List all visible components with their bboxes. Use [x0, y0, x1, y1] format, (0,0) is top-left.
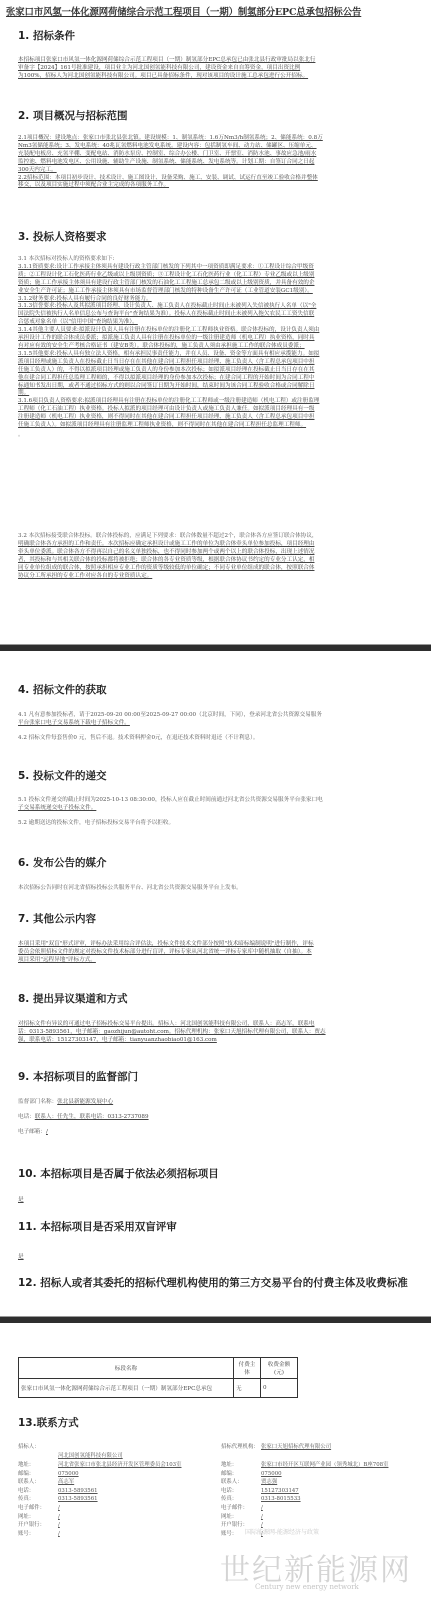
- text-line: 派项目经理或施工负责人在投标截止日当日存在在其他在建合同工程担任项目经理、施工负…: [18, 359, 418, 367]
- contact-row: 开户银行：/: [18, 1521, 218, 1530]
- section-3-body: 3.1 本次招标对投标人的资格要求如下: 3.1.1资质要求:设计工作承接主体须…: [18, 256, 418, 440]
- contact-row: 联系人：高志军: [18, 1478, 218, 1487]
- field-label: 电话：: [18, 1114, 35, 1120]
- field-label: 招标人：: [18, 1443, 58, 1461]
- field-value: /: [58, 1513, 60, 1522]
- field-label: 网址：: [221, 1513, 261, 1522]
- contact-row: 地址：河北省张家口市张北县经济开发区管理委员会103室: [18, 1461, 218, 1470]
- section-10-heading: 10. 本招标项目是否属于依法必须招标项目: [18, 1166, 219, 1181]
- watermark-top-text: 国际能源网-能源经济与政策: [245, 1527, 319, 1536]
- answer-value: 是: [18, 1254, 24, 1260]
- table-row: 张家口市风氢一体化源网荷储综合示范工程项目（一期）制氢部分EPC总承包 无 0: [19, 1379, 298, 1398]
- contact-row: 传真：0313-8015533: [221, 1495, 421, 1504]
- page-divider: [0, 644, 431, 651]
- field-label: 开户银行：: [18, 1521, 58, 1530]
- field-label: 监督部门名称：: [18, 1099, 57, 1105]
- tenderer-contact-block: 招标人：河北国创氢能科技有限公司 地址：河北省张家口市张北县经济开发区管理委员会…: [18, 1443, 218, 1538]
- text-line: 合惩戒对象名单（以"信用中国"查询结果为准）。: [18, 319, 418, 327]
- text-line: 强，联系电话：15127303147，电子邮箱：tianyuanzhaobiao…: [18, 1037, 418, 1045]
- field-value: 联系人：任先生，联系电话：0313-2737089: [35, 1114, 149, 1120]
- field-label: 邮编：: [18, 1470, 58, 1479]
- field-value: /: [58, 1521, 60, 1530]
- column-header: 收费金额(元): [261, 1358, 298, 1379]
- field-label: 地址：: [18, 1461, 58, 1470]
- contact-row: 地址：张家口市经开区互联网产业园（领秀城北）B座708室: [221, 1461, 421, 1470]
- agency-contact-block: 招标代理机构：张家口天旭招标代理有限公司 地址：张家口市经开区互联网产业园（领秀…: [221, 1443, 421, 1538]
- field-label: 传真：: [18, 1495, 58, 1504]
- page-divider: [0, 1316, 431, 1323]
- contact-row: 邮编：075000: [221, 1470, 421, 1479]
- page-title: 张家口市风氢一体化源网荷储综合示范工程项目（一期）制氢部分EPC总承包招标公告: [6, 4, 361, 18]
- section-11-heading: 11. 本招标项目是否采用双盲评审: [18, 1219, 177, 1234]
- section-1-heading: 1. 招标条件: [18, 28, 75, 43]
- contact-row: 邮编：075000: [18, 1470, 218, 1479]
- text-line: 同专业单位组成的联合体，按照承担相应专业工作的资质等级较低的单位确定；不同专业单…: [18, 565, 418, 573]
- field-label: 地址：: [221, 1461, 261, 1470]
- field-label: 电子邮箱：: [18, 1129, 46, 1135]
- section-10-answer: 是: [18, 1197, 418, 1205]
- section-9-body: 监督部门名称：张北县新能源发展中心 电话：联系人：任先生，联系电话：0313-2…: [18, 1099, 418, 1137]
- field-label: 电子邮件：: [221, 1504, 261, 1513]
- text-line: 注册建造师（机电工程）执业资格，则不得同时在其他在建合同工程担任项目经理、施工负…: [18, 414, 418, 422]
- field-value: /: [261, 1504, 263, 1513]
- text-line: 监控池、燃料电池发电区、公用设施、辅助生产设施、制氢系统、储能系统、发电系统等。…: [18, 159, 418, 167]
- text-line: 他在建合同工程担任总监理工程师的，不得以拟派项目经理的身份参加本次投标；在建合同…: [18, 375, 418, 383]
- field-label: 网址：: [18, 1513, 58, 1522]
- contact-row: 网址：/: [221, 1513, 421, 1522]
- field-value: 高志军: [58, 1478, 74, 1487]
- section-6-body: 本次招标公告同时在河北省招标投标公共服务平台、河北省公共资源交易服务平台上发布。: [18, 885, 418, 893]
- field-value: /: [261, 1513, 263, 1522]
- section-7-body: 本项目采用"双盲"形式评审，评标办法采用综合评估法，投标文件技术文件部分按照"技…: [18, 941, 418, 965]
- supervisor-phone-row: 电话：联系人：任先生，联系电话：0313-2737089: [18, 1114, 418, 1122]
- text-line: 有对应有效的安全生产考核合格证书（建安B类）。联合体投标的，施工负责人须由承担施…: [18, 343, 418, 351]
- text-line: 2.1项目概况：建设地点：张家口市张北县张北镇。建设规模：1、制氢系统：1.6万…: [18, 135, 418, 143]
- section-2-heading: 2. 项目概况与招标范围: [18, 108, 127, 123]
- text-line: 300天内完工。: [18, 167, 418, 175]
- field-label: 邮编：: [221, 1470, 261, 1479]
- text-line: Nm3氢储能系统；3、发电系统：40兆瓦氢燃料电池发电系统。建设内容：包括制氢车…: [18, 143, 418, 151]
- section-5-body: 5.1 投标文件递交的截止时间为2025-10-13 08:30:00，投标人应…: [18, 797, 418, 828]
- field-value: 0313-5893561: [58, 1495, 98, 1504]
- text-line: 5.2 逾期送达的投标文件，电子招标投标交易平台将予以拒收。: [18, 820, 418, 828]
- text-line: 。: [18, 432, 418, 440]
- contact-row: 电子邮件：/: [221, 1504, 421, 1513]
- section-1-body: 本招标项目张家口市风氢一体化源网荷储综合示范工程项目（一期）制氢部分EPC总承包…: [18, 57, 418, 81]
- answer-value: 是: [18, 1197, 24, 1203]
- contact-row: 网址：/: [18, 1513, 218, 1522]
- table-cell: 0: [261, 1379, 298, 1398]
- section-6-heading: 6. 发布公告的媒介: [18, 855, 106, 870]
- text-line: 3.1.4其他主要人员要求:拟派设计负责人具有注册在投标单位的注册化工工程师执业…: [18, 327, 418, 335]
- text-line: 任施工负责人）。如拟派项目经理具有注册监理工程师执业资格，则不得同时在其他在建合…: [18, 422, 418, 430]
- contact-row: 电话：0313-5893561: [18, 1487, 218, 1496]
- section-2-body: 2.1项目概况：建设地点：张家口市张北县张北镇。建设规模：1、制氢系统：1.6万…: [18, 135, 418, 190]
- table-header-row: 标段名称 付费主体 收费金额(元): [19, 1358, 298, 1379]
- text-line: 充装配电板房、充氢平棚、变配电站、消防水泵房、控制室、综合办公楼、门卫室、开票室…: [18, 151, 418, 159]
- text-line: 4.2 招标文件每套售价0 元，售后不退。技术资料押金0元，在退还技术资料时退还…: [18, 735, 418, 743]
- text-line: 标通知书发出日期，或者不通过招标方式的则以合同签订日期为开始时间，结束时间为该合…: [18, 383, 418, 391]
- text-line: 项目采用"远程异地"评标方式。: [18, 957, 418, 965]
- text-line: 子交易系统递交电子投标文件。: [18, 805, 418, 813]
- field-value: 贾志强: [261, 1478, 277, 1487]
- field-value: 15127303147: [261, 1487, 299, 1496]
- contact-row: 传真：0313-5893561: [18, 1495, 218, 1504]
- section-7-heading: 7. 其他公示内容: [18, 911, 96, 926]
- field-value: /: [58, 1530, 60, 1539]
- section-11-answer: 是: [18, 1254, 418, 1262]
- watermark-subtitle: Century new energy network: [255, 1583, 359, 1591]
- field-value: 张北县新能源发展中心: [57, 1099, 113, 1105]
- section-8-body: 对招标文件有异议的可通过电子招标投标交易平台提出。招标人：河北国创氢能科技有限公…: [18, 1021, 418, 1045]
- field-value: 075000: [58, 1470, 79, 1479]
- field-value: 河北省张家口市张北县经济开发区管理委员会103室: [58, 1461, 213, 1470]
- text-line: 明确联合体各方承担的工作和责任。本次招标应确定承担设计或施工工作的单位为联合体牵…: [18, 541, 418, 549]
- text-line: 协议分工所承担的专业工作对应各自的专业资质认定。: [18, 573, 418, 581]
- section-4-body: 4.1 凡有意参加投标者，请于2025-09-20 00:00至2025-09-…: [18, 712, 418, 743]
- field-label: 电话：: [221, 1487, 261, 1496]
- text-line: 对招标文件有异议的可通过电子招标投标交易平台提出。招标人：河北国创氢能科技有限公…: [18, 1021, 418, 1029]
- text-line: 牵头单位委派。联合体各方不得再以自己的名义单独投标，也不得同时参加两个或两个以上…: [18, 549, 418, 557]
- table-cell: 无: [234, 1379, 261, 1398]
- section-13-heading: 13.联系方式: [18, 1415, 79, 1430]
- field-label: 传真：: [221, 1495, 261, 1504]
- field-value: 河北国创氢能科技有限公司: [58, 1452, 123, 1461]
- column-header: 标段名称: [19, 1358, 234, 1379]
- section-3-heading: 3. 投标人资格要求: [18, 229, 106, 244]
- text-line: 移交，以及项目实施过程中须配合业主完成的各项服务工作。: [18, 182, 418, 190]
- supervisor-name-row: 监督部门名称：张北县新能源发展中心: [18, 1099, 418, 1107]
- field-value: 张家口市经开区互联网产业园（领秀城北）B座708室: [261, 1461, 416, 1470]
- contact-row: 账号：/: [18, 1530, 218, 1539]
- field-label: 联系人：: [18, 1478, 58, 1487]
- text-line: 本招标项目张家口市风氢一体化源网荷储综合示范工程项目（一期）制氢部分EPC总承包…: [18, 57, 418, 65]
- section-12-heading: 12. 招标人或者其委托的招标代理机构使用的第三方交易平台的付费主体及收费标准: [18, 1275, 408, 1290]
- section-9-heading: 9. 本招标项目的监督部门: [18, 1069, 138, 1084]
- fee-table: 标段名称 付费主体 收费金额(元) 张家口市风氢一体化源网荷储综合示范工程项目（…: [18, 1357, 298, 1398]
- section-4-heading: 4. 招标文件的获取: [18, 682, 106, 697]
- supervisor-email-row: 电子邮箱：/: [18, 1129, 418, 1137]
- text-line: 任施工负责人）的，不得以拟派项目经理或施工负责人的身份参加本次投标；如拟派项目经…: [18, 367, 418, 375]
- text-line: 本次招标公告同时在河北省招标投标公共服务平台、河北省公共资源交易服务平台上发布。: [18, 885, 418, 893]
- table-cell: 张家口市风氢一体化源网荷储综合示范工程项目（一期）制氢部分EPC总承包: [19, 1379, 234, 1398]
- text-line: 资质；施工工作承接主体须具有建设行政主管部门核发的石油化工工程施工总承包二级或以…: [18, 280, 418, 288]
- field-label: 账号：: [18, 1530, 58, 1539]
- text-line: 工程师（化工石油工程）执业资格。投标人拟派的项目经理可由设计负责人或施工负责人兼…: [18, 406, 418, 414]
- text-line: 5.1 投标文件递交的截止时间为2025-10-13 08:30:00，投标人应…: [18, 797, 418, 805]
- contact-row: 招标人：河北国创氢能科技有限公司: [18, 1443, 218, 1461]
- field-label: 电话：: [18, 1487, 58, 1496]
- text-line: 3.1.1资质要求:设计工作承接主体须具有建设行政主管部门核发的下列其中一项资质…: [18, 264, 418, 272]
- field-label: 电子邮件：: [18, 1504, 58, 1513]
- field-value: 075000: [261, 1470, 282, 1479]
- column-header: 付费主体: [234, 1358, 261, 1379]
- text-line: 本项目采用"双盲"形式评审，评标办法采用综合评估法，投标文件技术文件部分按照"技…: [18, 941, 418, 949]
- text-line: 4.1 凡有意参加投标者，请于2025-09-20 00:00至2025-09-…: [18, 712, 418, 720]
- section-8-heading: 8. 提出异议渠道和方式: [18, 991, 127, 1006]
- text-line: 者，其投标和与其相关联合体的投标都将被拒绝；联合体的各专业资质等级，根据联合体协…: [18, 557, 418, 565]
- section-5-heading: 5. 投标文件的递交: [18, 768, 106, 783]
- field-value: /: [46, 1129, 48, 1135]
- contact-row: 电话：15127303147: [221, 1487, 421, 1496]
- text-line: 质；②工程设计化工石化医药行业乙级或以上级别资质；③工程设计化工石化医药行业（化…: [18, 272, 418, 280]
- text-line: 为100%，招标人为河北国创氢能科技有限公司。项目已具备招标条件，现对该项目的设…: [18, 73, 418, 81]
- field-label: 招标代理机构：: [221, 1443, 261, 1461]
- text-line: 委员会依照招标文件的规定对投标文件技术标部分进行盲评，评标专家从河北省统一评标专…: [18, 949, 418, 957]
- text-line: 3.1.5其他要求:投标人具有独立法人资格，相有承担民事责任能力，并在人员、设备…: [18, 351, 418, 359]
- field-value: 0313-5893561: [58, 1487, 98, 1496]
- field-value: 0313-8015533: [261, 1495, 301, 1504]
- field-value: /: [58, 1504, 60, 1513]
- text-line: 3.2 本次招标接受联合体投标。联合体投标的，应满足下列要求：联合体数量不超过2…: [18, 533, 418, 541]
- text-line: 审备字【2024】161号批准建设，项目业主为河北国创氢能科技有限公司，建设资金…: [18, 65, 418, 73]
- text-line: 平台张家口电子交易系统下载电子招标文件。: [18, 720, 418, 728]
- field-value: 张家口天旭招标代理有限公司: [261, 1443, 331, 1461]
- contact-row: 联系人：贾志强: [221, 1478, 421, 1487]
- contact-row: 电子邮件：/: [18, 1504, 218, 1513]
- contact-row: 招标代理机构：张家口天旭招标代理有限公司: [221, 1443, 421, 1461]
- text-line: 业安全生产许可证；施工工作承接主体须具有市场监督管理部门核发的特种设备生产许可证…: [18, 288, 418, 296]
- section-3-2-body: 3.2 本次招标接受联合体投标。联合体投标的，应满足下列要求：联合体数量不超过2…: [18, 533, 418, 580]
- text-line: 3.1 本次招标对投标人的资格要求如下:: [18, 256, 418, 264]
- text-line: 话：0313-5893561，电子邮箱：gaozhijun@autoht.com…: [18, 1029, 418, 1037]
- field-label: 联系人：: [221, 1478, 261, 1487]
- text-line: 承担设计工作的联合体成员委派；拟派施工负责人具有注册在投标单位的一级注册建造师（…: [18, 335, 418, 343]
